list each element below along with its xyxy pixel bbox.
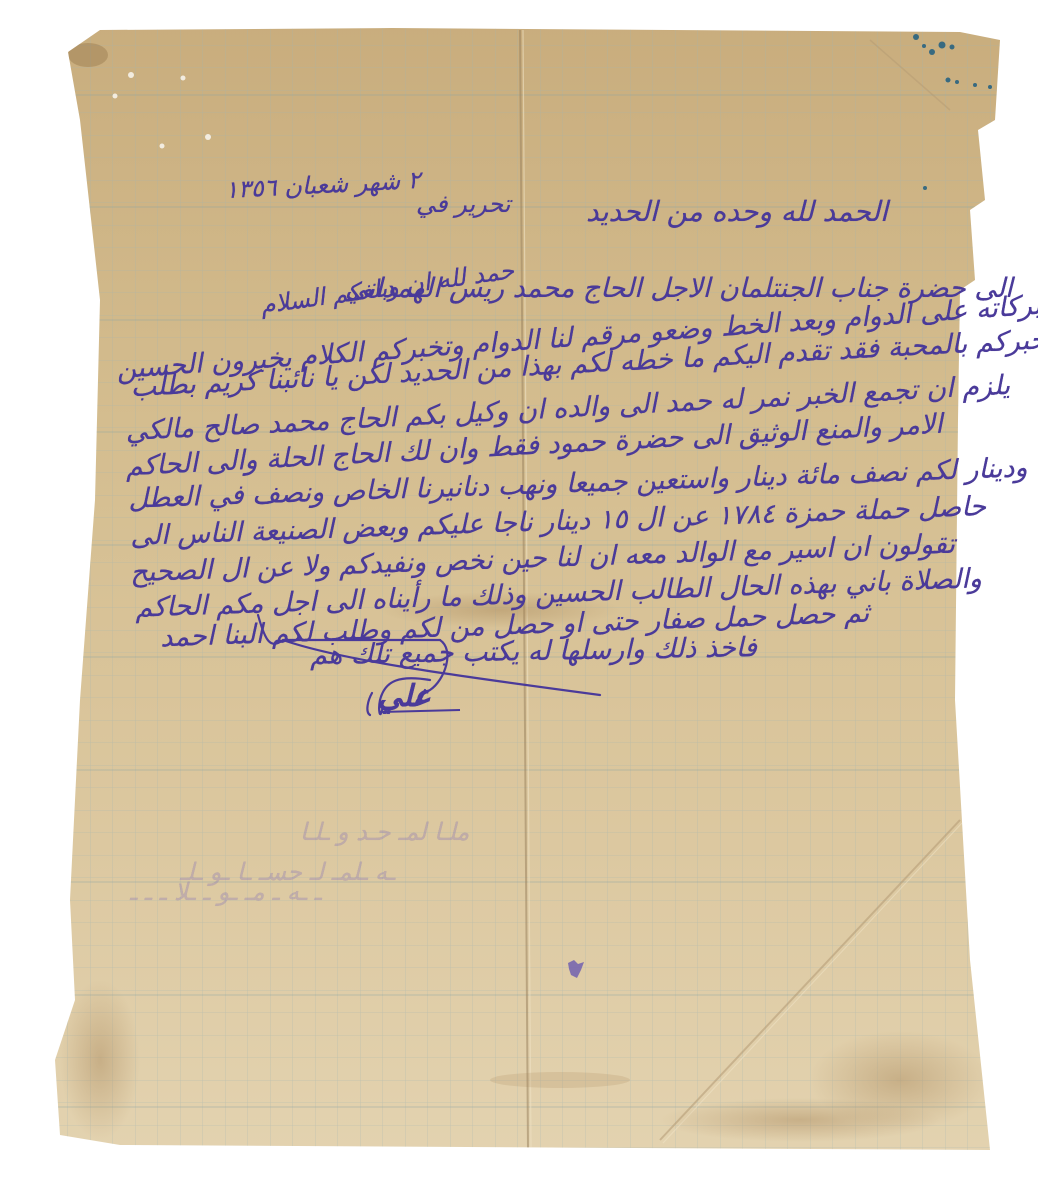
opening-heading: الحمد لله وحده من الحديد — [586, 198, 888, 226]
written-label: تحرير في — [416, 192, 510, 216]
bleed-through-1: ملـا لمـ حـد و ـلـا — [300, 820, 469, 844]
letter-paper: ٢ شهر شعبان ١٣٥٦ تحرير في الحمد لله وحده… — [0, 0, 1038, 1200]
body-line-10: فاخذ ذلك وارسلها له يكتب جميع تلك هم — [310, 634, 757, 669]
signature: علي — [378, 682, 431, 712]
bleed-through-3: ـ ـه ـ مـ ـو ـ ـلا ـ ـ ـ — [130, 880, 321, 904]
